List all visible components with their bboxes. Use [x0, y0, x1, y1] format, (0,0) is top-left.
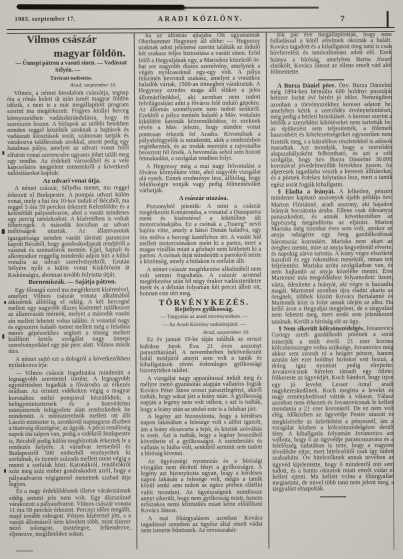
dateline: Arad, szeptember 16. [140, 329, 262, 336]
masthead: ARADI KÖZLÖNY. [9, 14, 393, 24]
body-paragraph: A Hegyessy még a mai nagy felvonulást a … [139, 163, 261, 194]
page-number: 7 [340, 13, 344, 23]
separator-dash [320, 496, 346, 497]
body-paragraph: A legény azt bizonyította, hogy a kérdés… [140, 414, 262, 458]
body-paragraph: — Vilmos császár fogadtatása mindenütt a… [8, 370, 130, 488]
news-item: § Eladta a leányát. A lelketlen, pénzért… [271, 189, 393, 325]
subhead: Az udvari vonat útja. [7, 178, 129, 185]
body-paragraph: tők pár éve megállapították, hogy nem fu… [270, 32, 392, 76]
body-paragraph: ha az állomás ajtajába Ott ugyanannak Ob… [138, 33, 260, 163]
article-title: Rejtélyes gyilkosság. [140, 306, 262, 313]
news-item-text: Jovanovics György szerb gazdálkodó pörén… [272, 326, 394, 493]
headline-deck: — Ünnepi pátron a vasuti sinen. — Vadász… [7, 60, 129, 74]
newspaper-page: 1903. szeptember 17. ARADI KÖZLÖNY. 7 Vi… [0, 0, 403, 559]
body-paragraph: A német császár megérkezése alkalmából n… [140, 266, 262, 297]
subhead: Bornemiszák. — Sajátja pátron. [8, 280, 130, 287]
column-2: ha az állomás ajtajába Ott ugyanannak Ob… [138, 33, 262, 554]
news-item: A Burza Dániel pöre. Özv. Burza Dánielné… [270, 83, 392, 188]
column-1: Vilmos császár magyar földön. — Ünnepi p… [7, 33, 131, 554]
headline-line2: magyar földön. [7, 47, 129, 60]
headline-line1: Vilmos császár [7, 33, 129, 46]
dateline: Arad, szeptember 16. [7, 83, 129, 90]
separator-dash [318, 79, 344, 80]
body-paragraph: Az ügyészségi nyomozás és a bírósági viz… [141, 458, 263, 514]
body-paragraph: A vizsgálat nagy apparátussal indult meg… [140, 375, 262, 413]
body-paragraph: Ez év január 19-ke táján találták az oro… [140, 337, 262, 375]
body-paragraph: Pozsonyból jelentik: A mint a császár me… [139, 203, 261, 265]
article-deck: — Az Aradi Közlöny tudósítójától. — [140, 322, 262, 329]
body-paragraph: A mai főtárgyaláson azonban Kovács tagad… [141, 515, 263, 534]
news-item-text: A lelketlen, pénzért mindenre kapható as… [271, 189, 393, 325]
news-item-text: Özv. Burza Dánielné még 1894-ben bérmált… [270, 83, 392, 188]
column-3: tők pár éve megállapították, hogy nem fu… [270, 32, 394, 553]
news-item: § Nem sikerült kölcsönszédelgés. Jovanov… [272, 326, 395, 493]
body-paragraph: A német sajtó ezt a dologról a következő… [8, 356, 130, 369]
body-paragraph: Vilmos, a német birodalom császárja, teg… [7, 90, 129, 177]
article-deck: — Tárgyalás az aradi törvényszéken. — [140, 314, 262, 321]
subhead: A császár utazása. [139, 196, 261, 203]
page-header: 1903. szeptember 17. ARADI KÖZLÖNY. 7 [9, 14, 393, 28]
columns: Vilmos császár magyar földön. — Ünnepi p… [7, 32, 395, 554]
body-paragraph: Egy főrangú ezred ma megérkezett kíséret… [8, 287, 130, 355]
body-paragraph: A német császár, Sélyéba menet, ma regge… [8, 186, 130, 279]
body-paragraph: És a nagy érdeklődésnek illetve várakozá… [9, 489, 131, 539]
section-heading: TÖRVÉNYKEZÉS. [140, 299, 262, 306]
byline: Távirati tudósítás. [7, 75, 129, 82]
